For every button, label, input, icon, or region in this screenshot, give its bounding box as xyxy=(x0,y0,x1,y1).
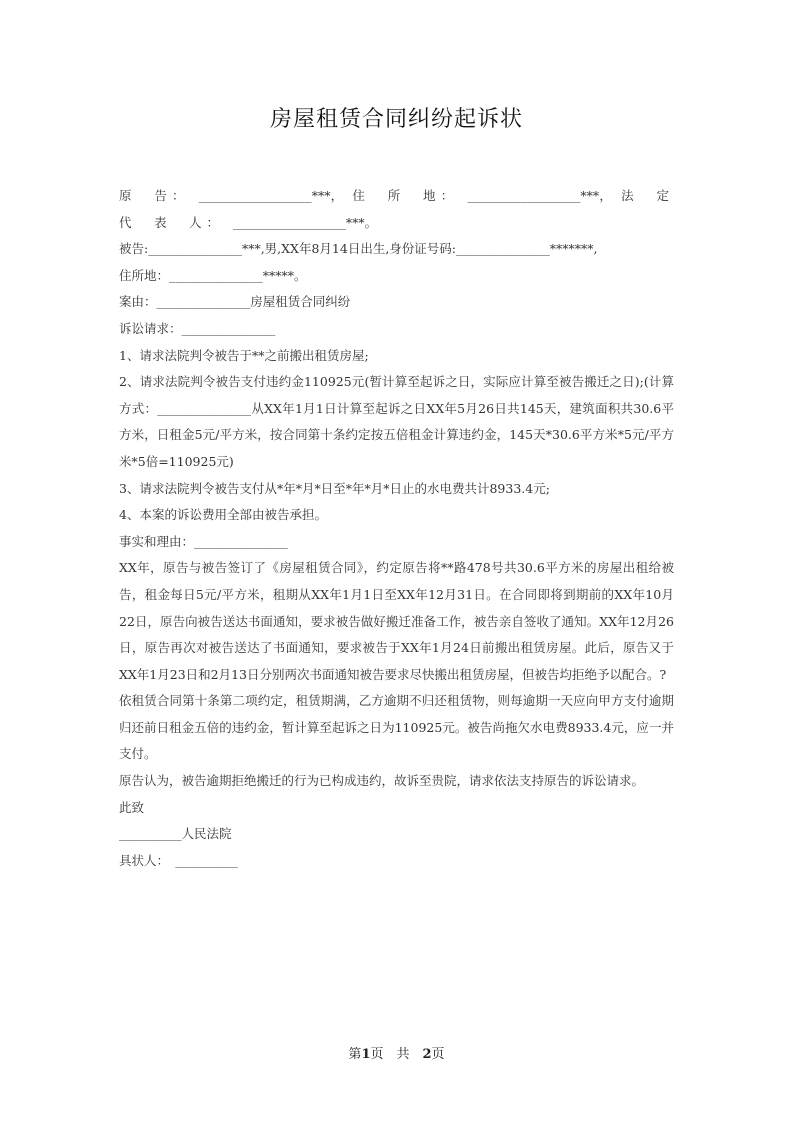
footer-prefix: 第 xyxy=(348,1047,361,1062)
plaintiff-address-label: 住 所 地： xyxy=(352,188,458,203)
footer-suffix: 页 xyxy=(432,1047,445,1062)
facts-paragraph-3: 原告认为，被告逾期拒绝搬迁的行为已构成违约，故诉至贵院，请求依法支持原告的诉讼请… xyxy=(119,768,674,795)
defendant-line-1: 被告:_______________***,男,XX年8月14日出生,身份证号码… xyxy=(119,236,674,263)
claim-item-1: 1、请求法院判令被告于**之前搬出租赁房屋; xyxy=(119,343,674,370)
claims-label: 诉讼请求：_______________ xyxy=(119,316,674,343)
document-title: 房屋租赁合同纠纷起诉状 xyxy=(0,102,793,133)
legal-rep-blank: _______________ xyxy=(233,215,346,230)
plaintiff-address-mask: ***， xyxy=(580,188,612,203)
cause-of-action: 案由：_______________房屋租赁合同纠纷 xyxy=(119,289,674,316)
total-page-count: 2 xyxy=(423,1047,432,1062)
plaintiff-name-blank: _______________ xyxy=(199,188,312,203)
document-body: 原 告： _______________***， 住 所 地： ________… xyxy=(119,183,674,874)
document-page: 房屋租赁合同纠纷起诉状 原 告： _______________***， 住 所… xyxy=(0,0,793,1122)
claim-item-3: 3、请求法院判令被告支付从*年*月*日至*年*月*日止的水电费共计8933.4元… xyxy=(119,476,674,503)
facts-paragraph-1: XX年，原告与被告签订了《房屋租赁合同》，约定原告将**路478号共30.6平方… xyxy=(119,555,674,688)
facts-label: 事实和理由：_______________ xyxy=(119,529,674,556)
plaintiff-label: 原 告： xyxy=(119,188,190,203)
claim-item-4: 4、本案的诉讼费用全部由被告承担。 xyxy=(119,502,674,529)
page-footer: 第1页 共 2页 xyxy=(0,1043,793,1062)
closing-salutation: 此致 xyxy=(119,795,674,822)
footer-mid: 页 共 xyxy=(370,1047,422,1062)
legal-rep-mask: ***。 xyxy=(346,215,377,230)
court-name: __________人民法院 xyxy=(119,821,674,848)
claim-item-2: 2、请求法院判令被告支付违约金110925元(暂计算至起诉之日，实际应计算至被告… xyxy=(119,369,674,475)
plaintiff-paragraph: 原 告： _______________***， 住 所 地： ________… xyxy=(119,183,674,236)
facts-paragraph-2: 依租赁合同第十条第二项约定，租赁期满，乙方逾期不归还租赁物，则每逾期一天应向甲方… xyxy=(119,688,674,768)
plaintiff-name-mask: ***， xyxy=(312,188,344,203)
defendant-line-2: 住所地：_______________*****。 xyxy=(119,263,674,290)
plaintiff-address-blank: _______________ xyxy=(468,188,581,203)
signer-line: 具状人： __________ xyxy=(119,848,674,875)
